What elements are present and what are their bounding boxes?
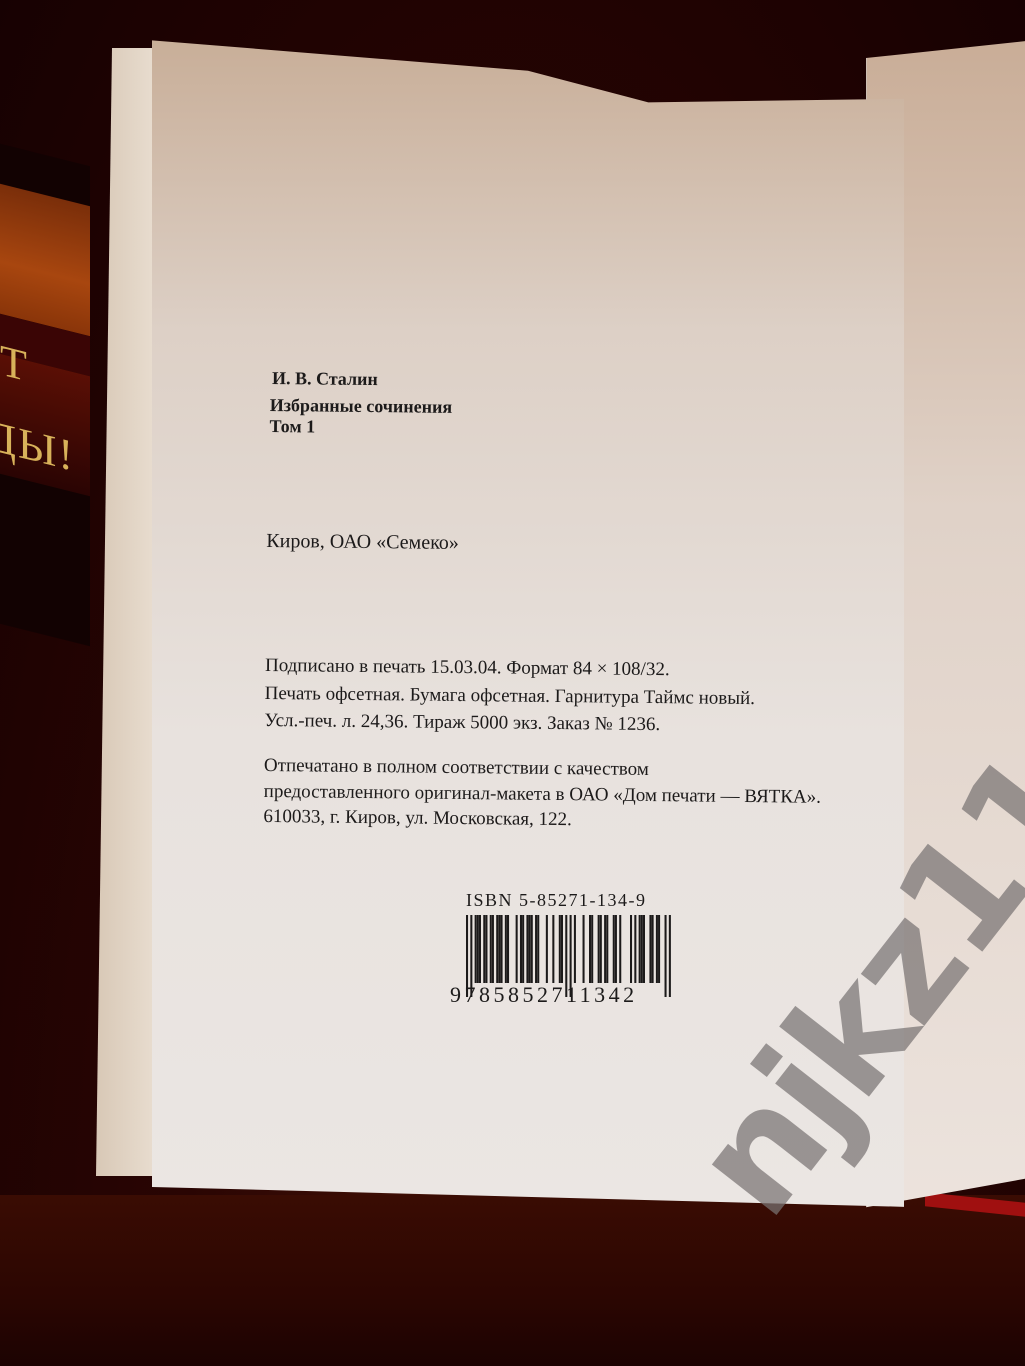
photo-scene: Т ДЫ! И. В. Сталин Избранные сочинения Т… [0, 0, 1025, 1366]
book-title: Избранные сочинения [270, 395, 453, 418]
isbn-label: ISBN 5-85271-134-9 [466, 890, 647, 911]
background-book-cover [0, 134, 90, 646]
book-volume: Том 1 [269, 416, 315, 437]
cover-orange-band [0, 174, 90, 336]
publisher: Киров, ОАО «Семеко» [266, 530, 459, 555]
barcode-digits: 9785852711342 [450, 982, 638, 1008]
imprint-line: Усл.-печ. л. 24,36. Тираж 5000 экз. Зака… [264, 710, 660, 736]
printer-line: 610033, г. Киров, ул. Московская, 122. [263, 806, 572, 831]
red-cover-surface [0, 1195, 1025, 1366]
imprint-line: Подписано в печать 15.03.04. Формат 84 ×… [265, 655, 670, 681]
printer-line: Отпечатано в полном соответствии с качес… [264, 755, 649, 781]
background-book-lettering-1: Т [0, 334, 29, 392]
book-author: И. В. Сталин [272, 368, 378, 390]
